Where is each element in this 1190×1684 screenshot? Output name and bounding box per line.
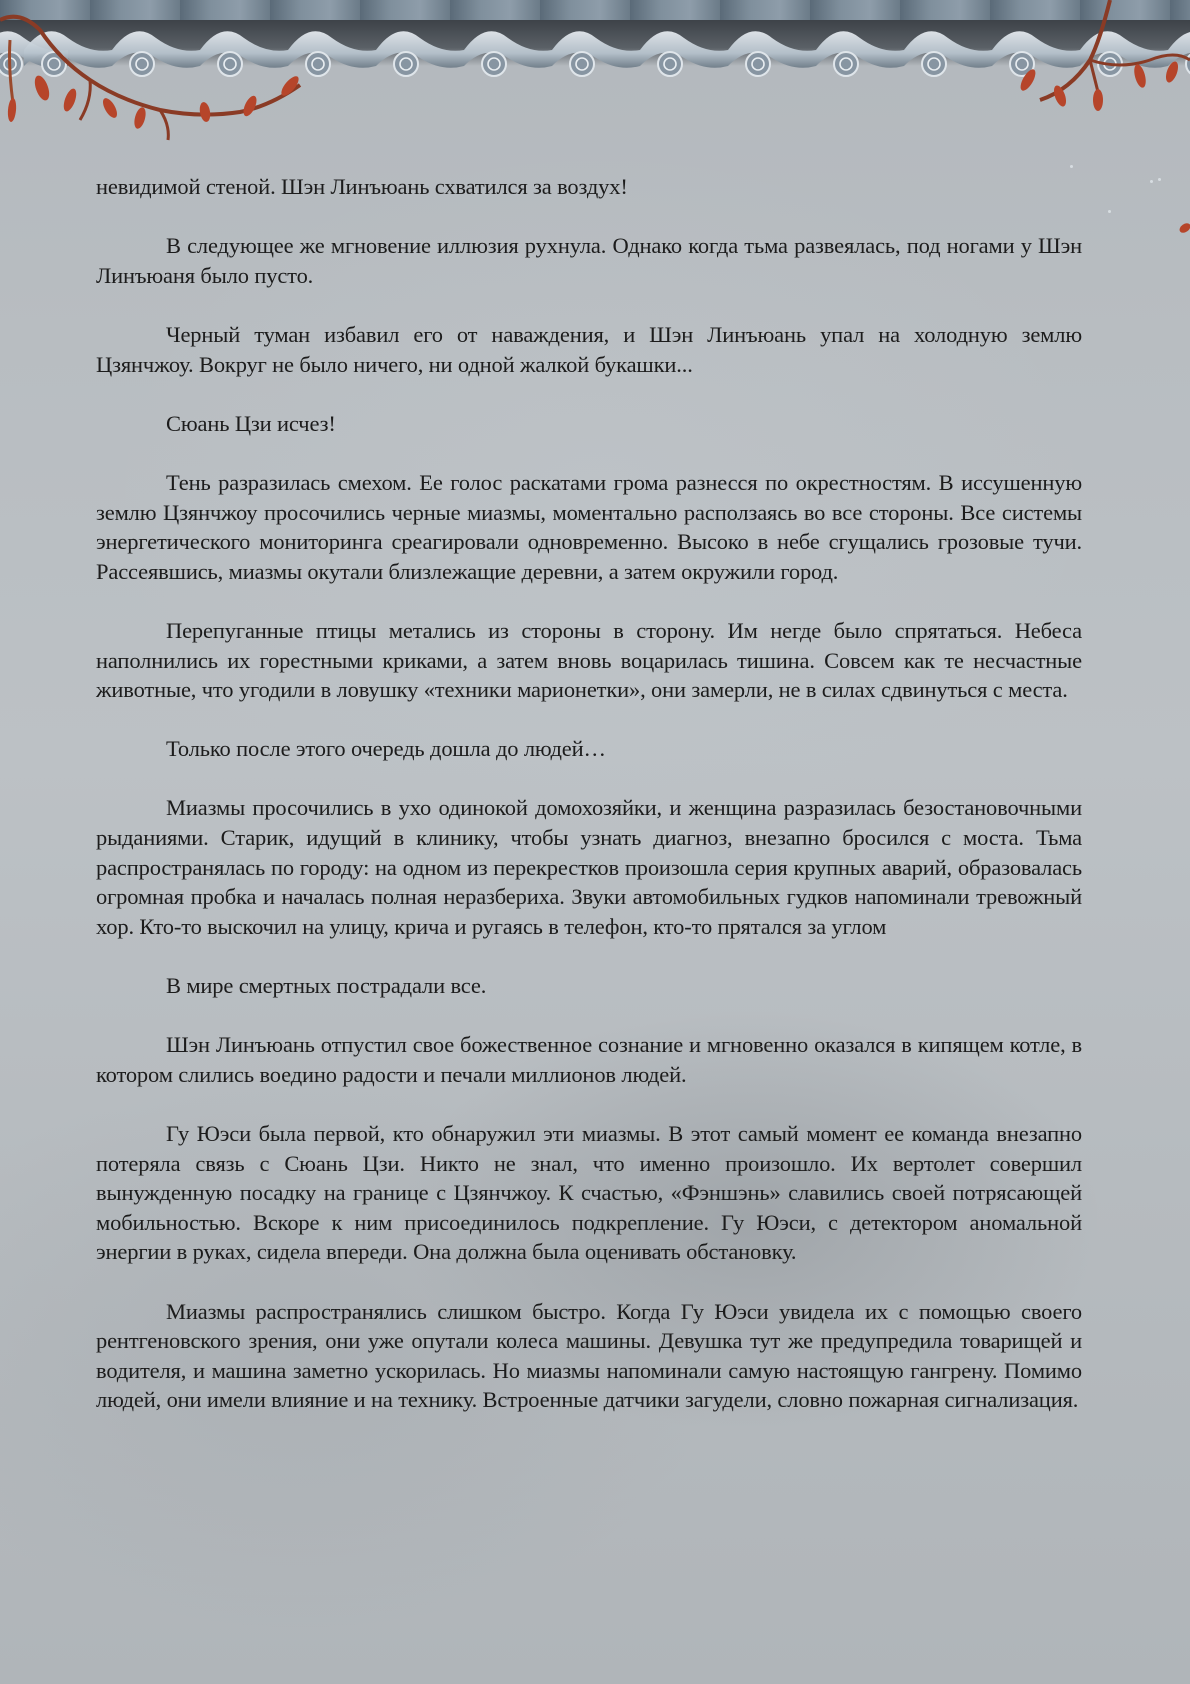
wall-speck bbox=[1150, 180, 1153, 183]
paragraph: невидимой стеной. Шэн Линъюань схватился… bbox=[96, 172, 1082, 202]
page-text-body: невидимой стеной. Шэн Линъюань схватился… bbox=[96, 172, 1082, 1445]
paragraph: Тень разразилась смехом. Ее голос раскат… bbox=[96, 468, 1082, 586]
wall-speck bbox=[1158, 178, 1161, 181]
wall-speck bbox=[1070, 165, 1073, 168]
paragraph: Гу Юэси была первой, кто обнаружил эти м… bbox=[96, 1119, 1082, 1267]
paragraph: Перепуганные птицы метались из стороны в… bbox=[96, 616, 1082, 705]
wall-speck bbox=[1108, 210, 1111, 213]
paragraph: Шэн Линъюань отпустил свое божественное … bbox=[96, 1030, 1082, 1089]
paragraph: В следующее же мгновение иллюзия рухнула… bbox=[96, 231, 1082, 290]
paragraph: Миазмы просочились в ухо одинокой домохо… bbox=[96, 793, 1082, 941]
left-branch-decoration bbox=[0, 0, 320, 150]
paragraph: Сюань Цзи исчез! bbox=[96, 409, 1082, 439]
paragraph: В мире смертных пострадали все. bbox=[96, 971, 1082, 1001]
paragraph: Миазмы распространялись слишком быстро. … bbox=[96, 1297, 1082, 1415]
paragraph: Черный туман избавил его от наваждения, … bbox=[96, 320, 1082, 379]
paragraph: Только после этого очередь дошла до люде… bbox=[96, 734, 1082, 764]
